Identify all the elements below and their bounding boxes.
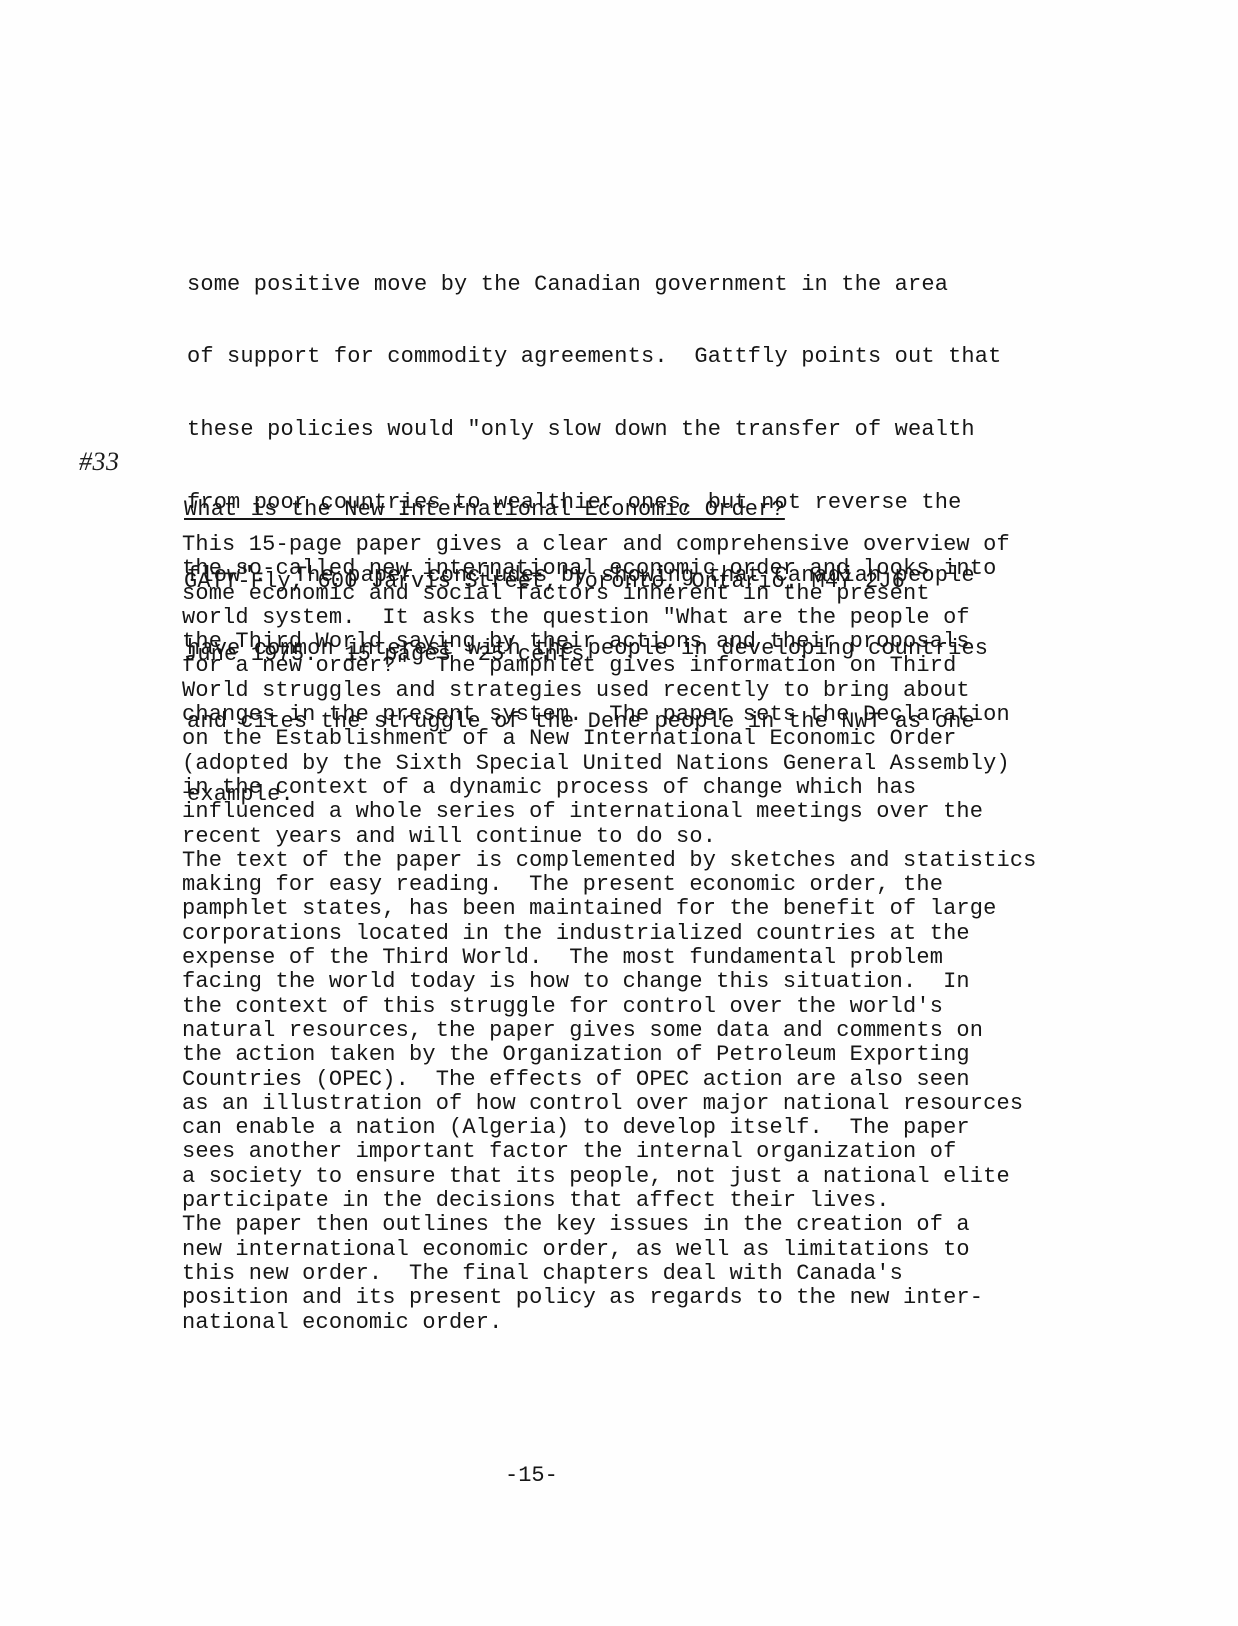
text-line: the Third World saying by their actions … [182, 630, 1037, 654]
text-line: of support for commodity agreements. Gat… [187, 345, 1001, 369]
text-line: corporations located in the industrializ… [182, 922, 1037, 946]
entry-body: This 15-page paper gives a clear and com… [182, 533, 1037, 1335]
document-page: some positive move by the Canadian gover… [0, 0, 1238, 1626]
text-line: this new order. The final chapters deal … [182, 1262, 1037, 1286]
text-line: making for easy reading. The present eco… [182, 873, 1037, 897]
entry-title: What is the New International Economic O… [184, 498, 905, 522]
text-line: as an illustration of how control over m… [182, 1092, 1037, 1116]
text-line: national economic order. [182, 1311, 1037, 1335]
text-line: influenced a whole series of internation… [182, 800, 1037, 824]
text-line: some positive move by the Canadian gover… [187, 273, 1001, 297]
text-line: for a new order?" The pamphlet gives inf… [182, 654, 1037, 678]
text-line: participate in the decisions that affect… [182, 1189, 1037, 1213]
text-line: natural resources, the paper gives some … [182, 1019, 1037, 1043]
text-line: The text of the paper is complemented by… [182, 849, 1037, 873]
text-line: World struggles and strategies used rece… [182, 679, 1037, 703]
text-line: a society to ensure that its people, not… [182, 1165, 1037, 1189]
text-line: This 15-page paper gives a clear and com… [182, 533, 1037, 557]
text-line: world system. It asks the question "What… [182, 606, 1037, 630]
text-line: recent years and will continue to do so. [182, 825, 1037, 849]
text-line: pamphlet states, has been maintained for… [182, 897, 1037, 921]
text-line: facing the world today is how to change … [182, 970, 1037, 994]
text-line: expense of the Third World. The most fun… [182, 946, 1037, 970]
text-line: sees another important factor the intern… [182, 1140, 1037, 1164]
text-line: new international economic order, as wel… [182, 1238, 1037, 1262]
text-line: The paper then outlines the key issues i… [182, 1213, 1037, 1237]
text-line: changes in the present system. The paper… [182, 703, 1037, 727]
text-line: (adopted by the Sixth Special United Nat… [182, 752, 1037, 776]
text-line: the context of this struggle for control… [182, 995, 1037, 1019]
text-line: position and its present policy as regar… [182, 1286, 1037, 1310]
text-line: the so-called new international economic… [182, 557, 1037, 581]
text-line: some economic and social factors inheren… [182, 582, 1037, 606]
entry-number: #33 [79, 447, 120, 477]
text-line: on the Establishment of a New Internatio… [182, 727, 1037, 751]
text-line: can enable a nation (Algeria) to develop… [182, 1116, 1037, 1140]
text-line: Countries (OPEC). The effects of OPEC ac… [182, 1068, 1037, 1092]
text-line: in the context of a dynamic process of c… [182, 776, 1037, 800]
text-line: these policies would "only slow down the… [187, 418, 1001, 442]
text-line: the action taken by the Organization of … [182, 1043, 1037, 1067]
page-number: -15- [505, 1463, 558, 1488]
